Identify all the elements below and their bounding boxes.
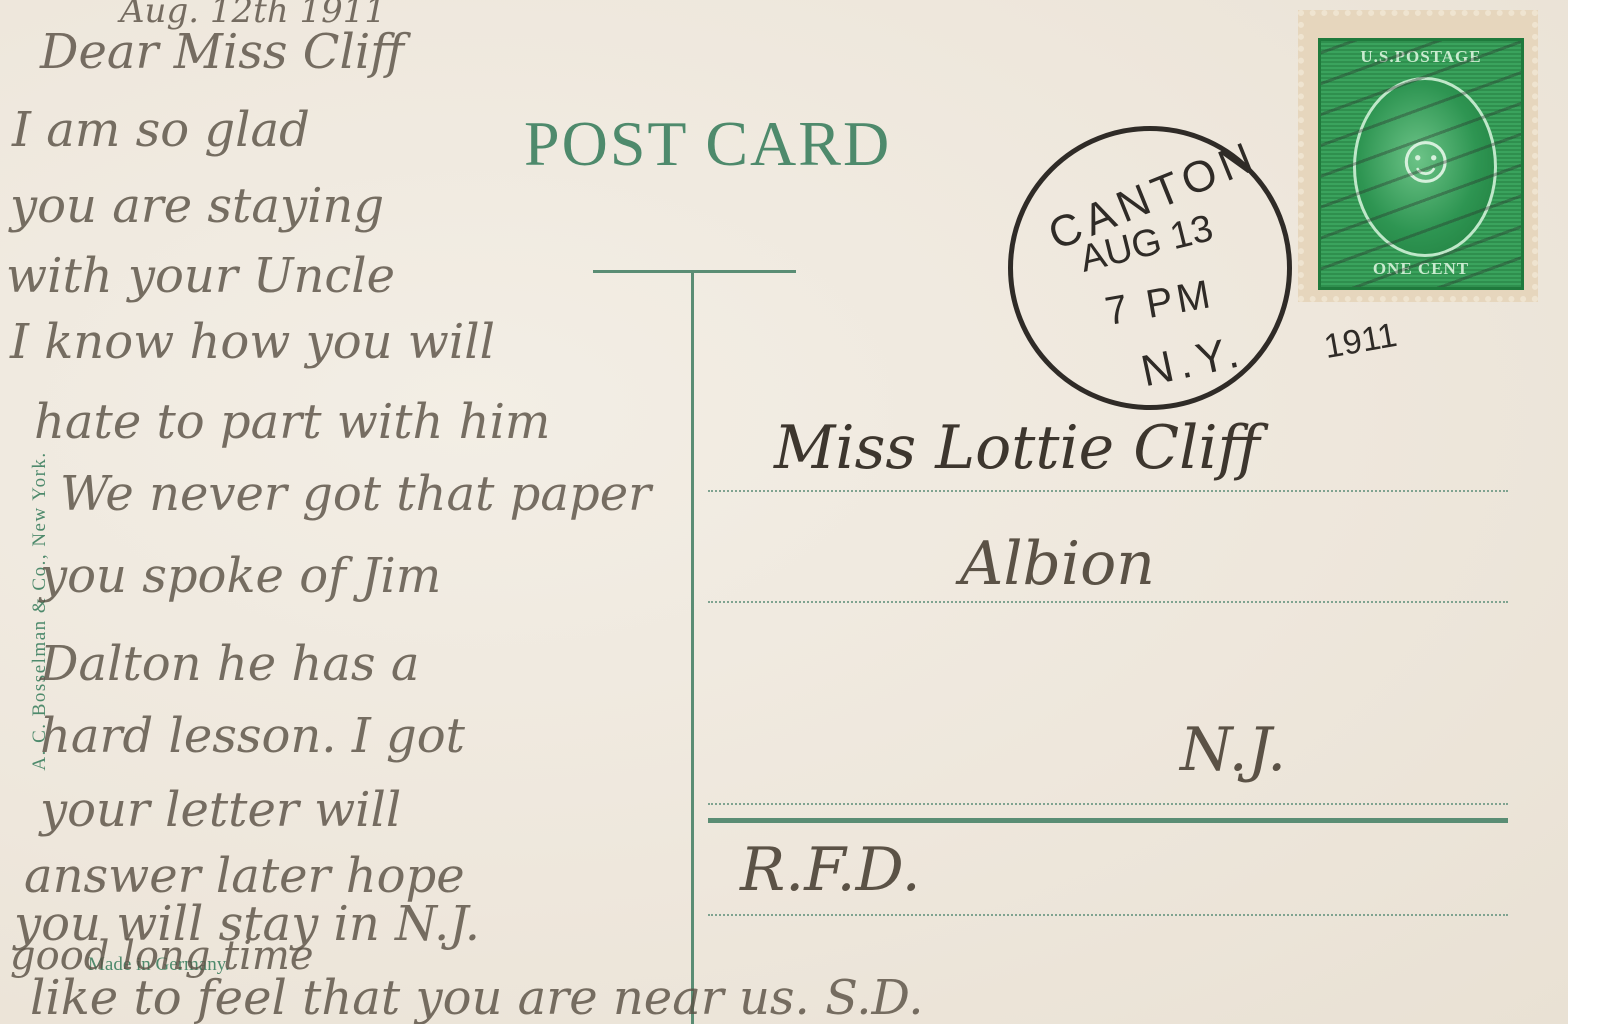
address-line-1 bbox=[708, 490, 1508, 492]
message-line: with your Uncle bbox=[6, 252, 395, 300]
message-line: hate to part with him bbox=[34, 398, 550, 446]
message-line: you spoke of Jim bbox=[40, 552, 441, 600]
postmark-circle: CANTON AUG 13 7 PM N.Y. bbox=[1008, 126, 1292, 410]
stamp-design: U.S.POSTAGE ☺ ONE CENT bbox=[1318, 38, 1524, 290]
message-line: I know how you will bbox=[10, 318, 495, 366]
divider-top-rule bbox=[593, 270, 796, 273]
postage-stamp: U.S.POSTAGE ☺ ONE CENT bbox=[1298, 10, 1538, 302]
message-line: I am so glad bbox=[12, 106, 310, 154]
postmark-year: 1911 bbox=[1321, 316, 1400, 367]
message-line: answer later hope bbox=[24, 852, 465, 900]
message-line: you are staying bbox=[10, 182, 384, 230]
stamp-portrait-oval: ☺ bbox=[1353, 77, 1497, 257]
message-line: Dalton he has a bbox=[40, 640, 419, 688]
stamp-top-label: U.S.POSTAGE bbox=[1321, 47, 1521, 67]
postmark-time: 7 PM bbox=[1102, 272, 1218, 335]
address-line-3 bbox=[708, 803, 1508, 805]
message-line: We never got that paper bbox=[60, 470, 651, 518]
address-recipient-name: Miss Lottie Cliff bbox=[774, 418, 1260, 478]
postcard-back: POST CARD A. C. Bosselman & Co., New Yor… bbox=[0, 0, 1568, 1024]
stamp-bottom-label: ONE CENT bbox=[1321, 259, 1521, 279]
address-town: Albion bbox=[960, 534, 1155, 594]
divider-vertical-rule bbox=[691, 272, 694, 1024]
address-route: R.F.D. bbox=[740, 840, 921, 900]
postmark-state: N.Y. bbox=[1137, 327, 1249, 398]
scan-edge bbox=[1568, 0, 1600, 1024]
message-line: like to feel that you are near us. S.D. bbox=[30, 974, 924, 1022]
address-line-2 bbox=[708, 601, 1508, 603]
address-solid-rule bbox=[708, 818, 1508, 823]
message-line: Dear Miss Cliff bbox=[40, 28, 404, 76]
franklin-portrait-icon: ☺ bbox=[1390, 120, 1461, 200]
address-state: N.J. bbox=[1180, 720, 1286, 780]
message-line: your letter will bbox=[40, 786, 401, 834]
address-line-4 bbox=[708, 914, 1508, 916]
publisher-imprint: A. C. Bosselman & Co., New York. bbox=[29, 391, 51, 831]
post-card-title: POST CARD bbox=[524, 112, 891, 176]
message-line: hard lesson. I got bbox=[40, 712, 465, 760]
